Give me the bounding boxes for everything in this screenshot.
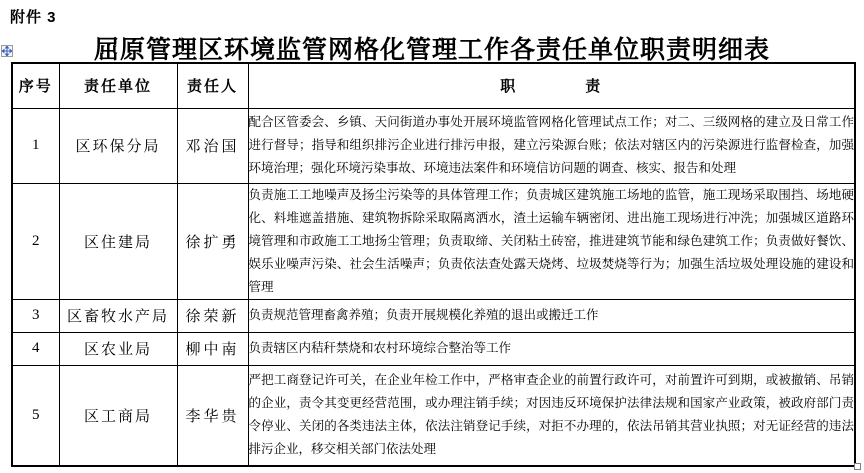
row-index-cell: 1	[12, 108, 59, 183]
table-row: 3 区畜牧水产局 徐荣新 负责规范管理畜禽养殖；负责开展规模化养殖的退出或搬迁工…	[12, 299, 855, 332]
table-header-row: 序号 责任单位 责任人 职 责	[12, 63, 855, 108]
row-index-cell: 4	[12, 332, 59, 365]
attachment-label: 附件 3	[10, 6, 57, 27]
move-cross-icon	[2, 46, 12, 56]
duty-cell: 配合区管委会、乡镇、天问街道办事处开展环境监管网格化管理试点工作；对二、三级网格…	[248, 108, 855, 183]
header-index: 序号	[12, 63, 59, 108]
unit-cell: 区环保分局	[59, 108, 177, 183]
row-index-cell: 3	[12, 299, 59, 332]
unit-cell: 区住建局	[59, 183, 177, 299]
duty-cell: 负责施工工地噪声及扬尘污染等的具体管理工作；负责城区建筑施工场地的监管，施工现场…	[248, 183, 855, 299]
duty-cell: 严把工商登记许可关，在企业年检工作中，严格审查企业的前置行政许可，对前置许可到期…	[248, 365, 855, 466]
row-index-cell: 5	[12, 365, 59, 466]
table-move-handle[interactable]	[1, 45, 13, 57]
table-row: 1 区环保分局 邓治国 配合区管委会、乡镇、天问街道办事处开展环境监管网格化管理…	[12, 108, 855, 183]
header-duty: 职 责	[248, 63, 855, 108]
word-document-page: { "page": { "attachment_label": "附件 3", …	[0, 0, 864, 473]
unit-cell: 区工商局	[59, 365, 177, 466]
person-cell: 柳中南	[177, 332, 248, 365]
person-cell: 李华贵	[177, 365, 248, 466]
page-title: 屈原管理区环境监管网格化管理工作各责任单位职责明细表	[0, 30, 864, 66]
table-resize-handle[interactable]	[854, 463, 861, 470]
duty-cell: 负责规范管理畜禽养殖；负责开展规模化养殖的退出或搬迁工作	[248, 299, 855, 332]
person-cell: 邓治国	[177, 108, 248, 183]
table-row: 4 区农业局 柳中南 负责辖区内秸秆禁烧和农村环境综合整治等工作	[12, 332, 855, 365]
duty-cell: 负责辖区内秸秆禁烧和农村环境综合整治等工作	[248, 332, 855, 365]
unit-cell: 区畜牧水产局	[59, 299, 177, 332]
person-cell: 徐荣新	[177, 299, 248, 332]
table-row: 5 区工商局 李华贵 严把工商登记许可关，在企业年检工作中，严格审查企业的前置行…	[12, 365, 855, 466]
unit-cell: 区农业局	[59, 332, 177, 365]
row-index-cell: 2	[12, 183, 59, 299]
table-row: 2 区住建局 徐扩勇 负责施工工地噪声及扬尘污染等的具体管理工作；负责城区建筑施…	[12, 183, 855, 299]
header-unit: 责任单位	[59, 63, 177, 108]
header-person: 责任人	[177, 63, 248, 108]
person-cell: 徐扩勇	[177, 183, 248, 299]
responsibility-table: 序号 责任单位 责任人 职 责 1 区环保分局 邓治国 配合区管委会、乡镇、天问…	[11, 62, 856, 467]
